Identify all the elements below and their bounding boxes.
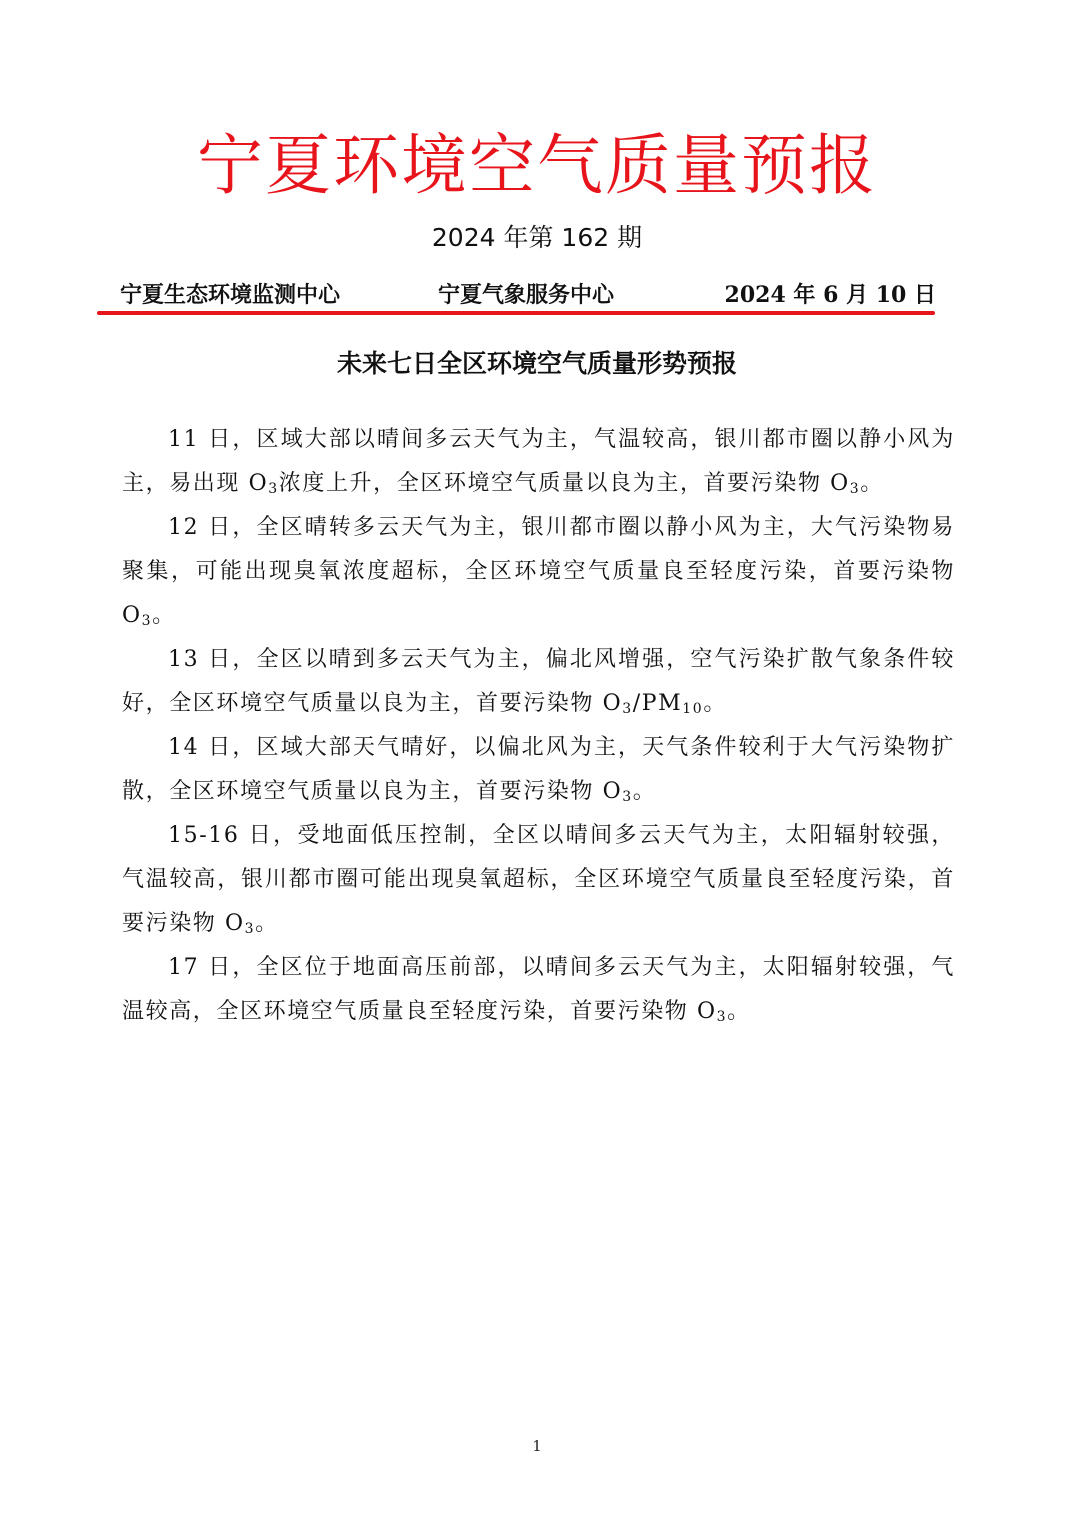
forecast-paragraph-day-12: 12 日，全区晴转多云天气为主，银川都市圈以静小风为主，大气污染物易聚集，可能出… (122, 506, 955, 638)
issuer-environment-monitoring-center: 宁夏生态环境监测中心 (120, 278, 340, 312)
section-title: 未来七日全区环境空气质量形势预报 (0, 346, 1074, 382)
forecast-paragraph-day-17: 17 日，全区位于地面高压前部，以晴间多云天气为主，太阳辐射较强，气温较高，全区… (122, 946, 955, 1034)
masthead-title: 宁夏环境空气质量预报 (0, 126, 1074, 206)
issuer-meteorological-service-center: 宁夏气象服务中心 (438, 278, 614, 312)
issue-number: 2024 年第 162 期 (0, 222, 1074, 254)
forecast-paragraph-day-13: 13 日，全区以晴到多云天气为主，偏北风增强，空气污染扩散气象条件较好，全区环境… (122, 638, 955, 726)
page-number: 1 (0, 1436, 1074, 1456)
forecast-body: 11 日，区域大部以晴间多云天气为主，气温较高，银川都市圈以静小风为主，易出现 … (122, 418, 955, 1034)
forecast-paragraph-day-15-16: 15-16 日，受地面低压控制，全区以晴间多云天气为主，太阳辐射较强，气温较高，… (122, 814, 955, 946)
issuer-row: 宁夏生态环境监测中心 宁夏气象服务中心 2024 年 6 月 10 日 (120, 278, 936, 312)
issue-date: 2024 年 6 月 10 日 (725, 278, 936, 312)
header-divider (97, 311, 935, 315)
forecast-paragraph-day-11: 11 日，区域大部以晴间多云天气为主，气温较高，银川都市圈以静小风为主，易出现 … (122, 418, 955, 506)
forecast-paragraph-day-14: 14 日，区域大部天气晴好，以偏北风为主，天气条件较利于大气污染物扩散，全区环境… (122, 726, 955, 814)
